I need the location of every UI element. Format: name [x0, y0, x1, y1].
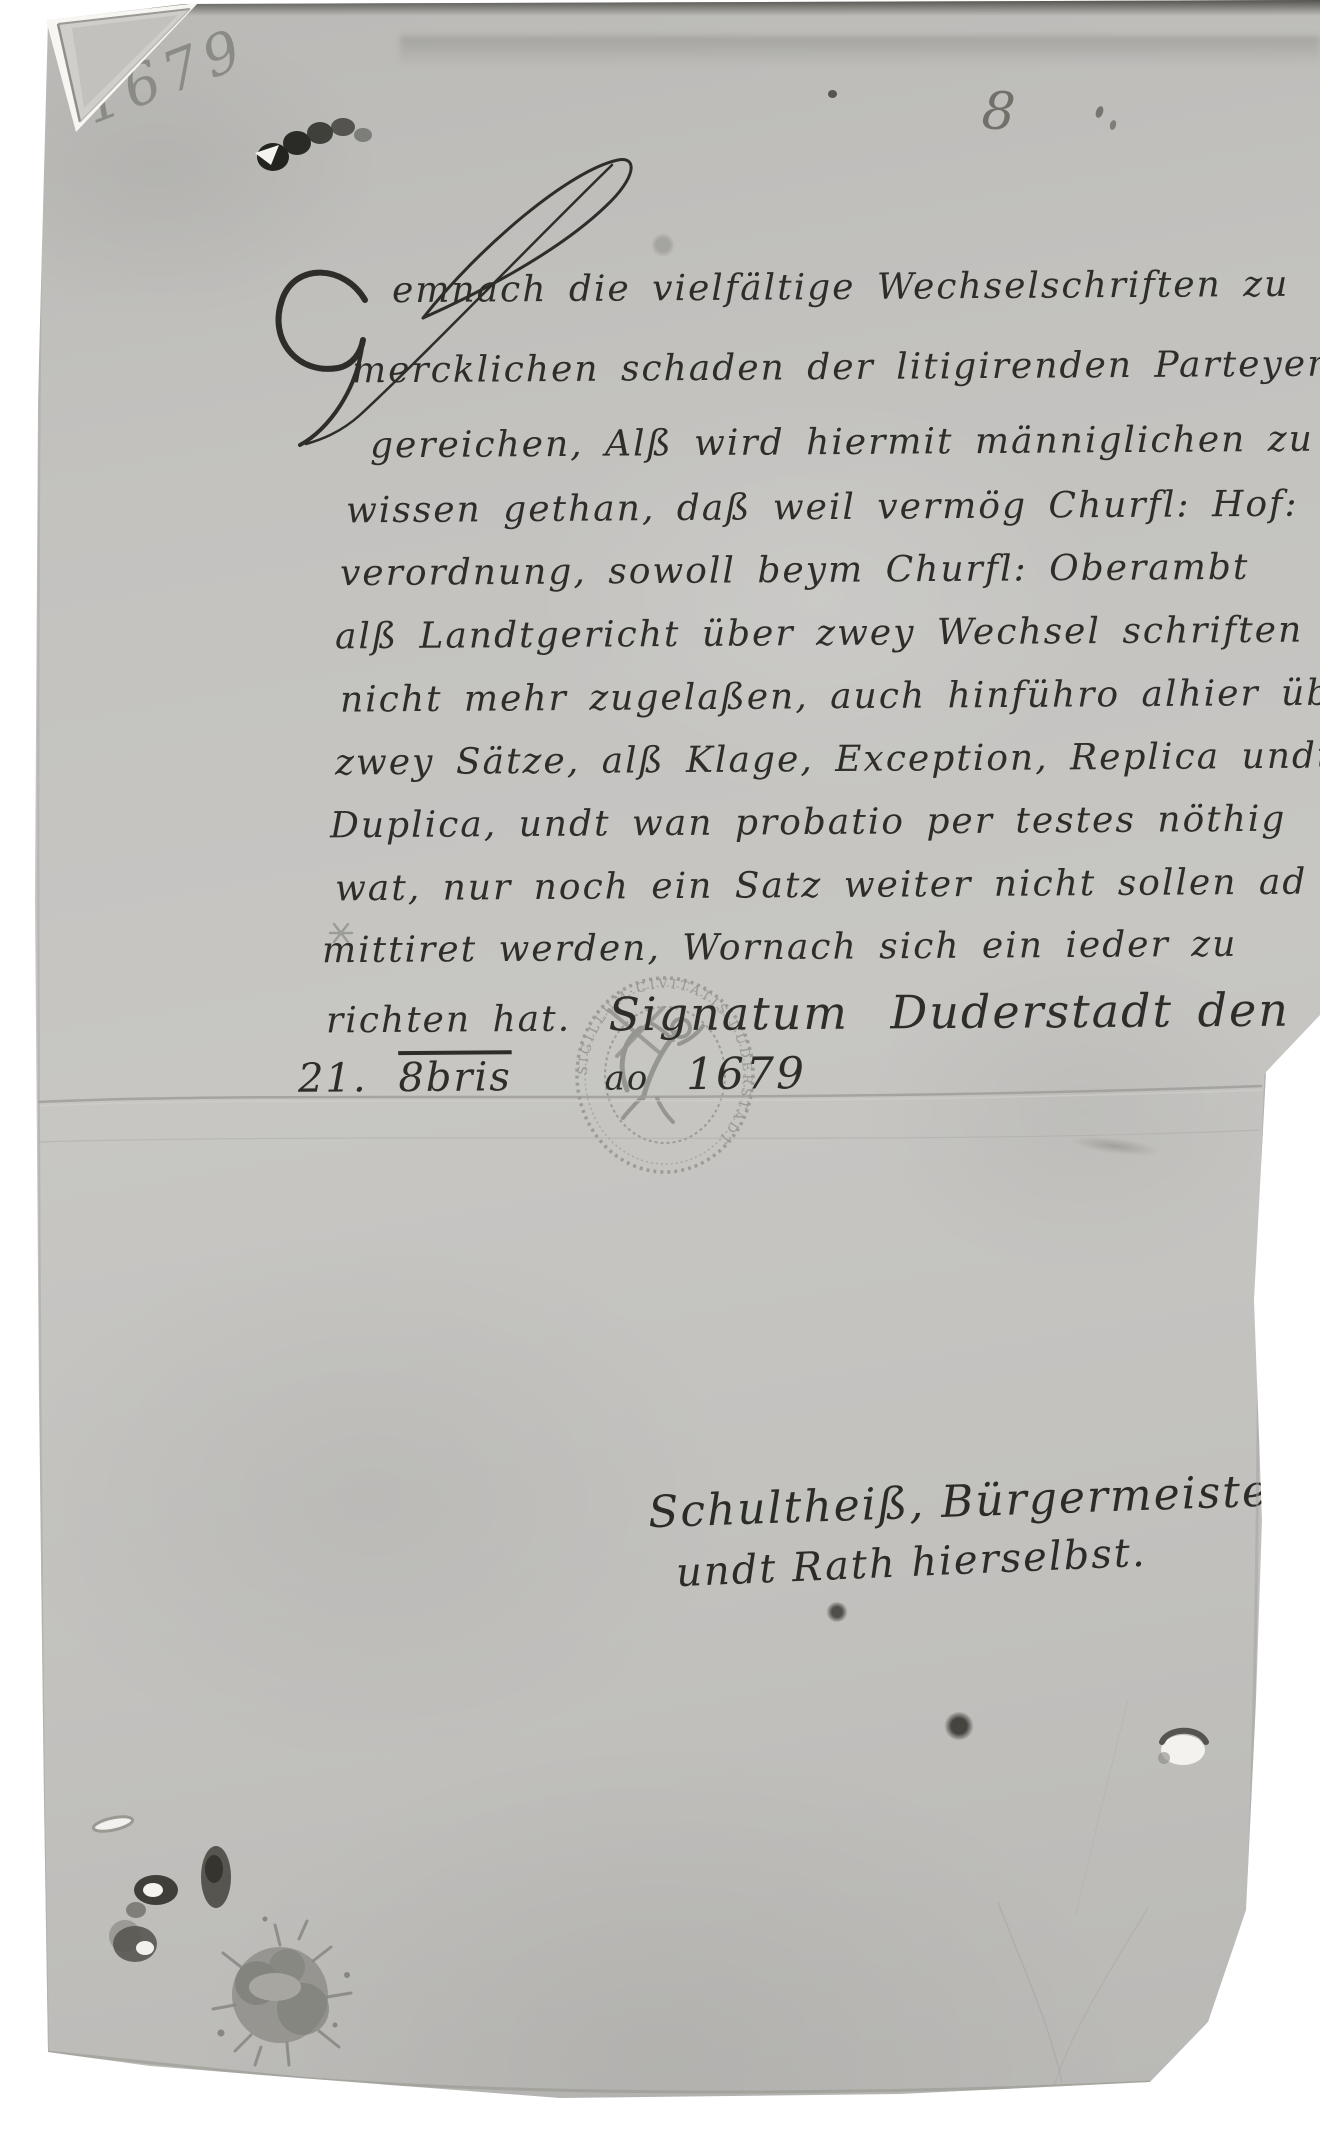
paper-sheet: 1679 8 SIGILLUM·CIVITATIS·DUDERSTADT	[0, 0, 1320, 2138]
fold-creases	[0, 0, 1320, 2138]
folded-corner	[28, 0, 258, 150]
manuscript-scan: 1679 8 SIGILLUM·CIVITATIS·DUDERSTADT	[0, 0, 1320, 2138]
